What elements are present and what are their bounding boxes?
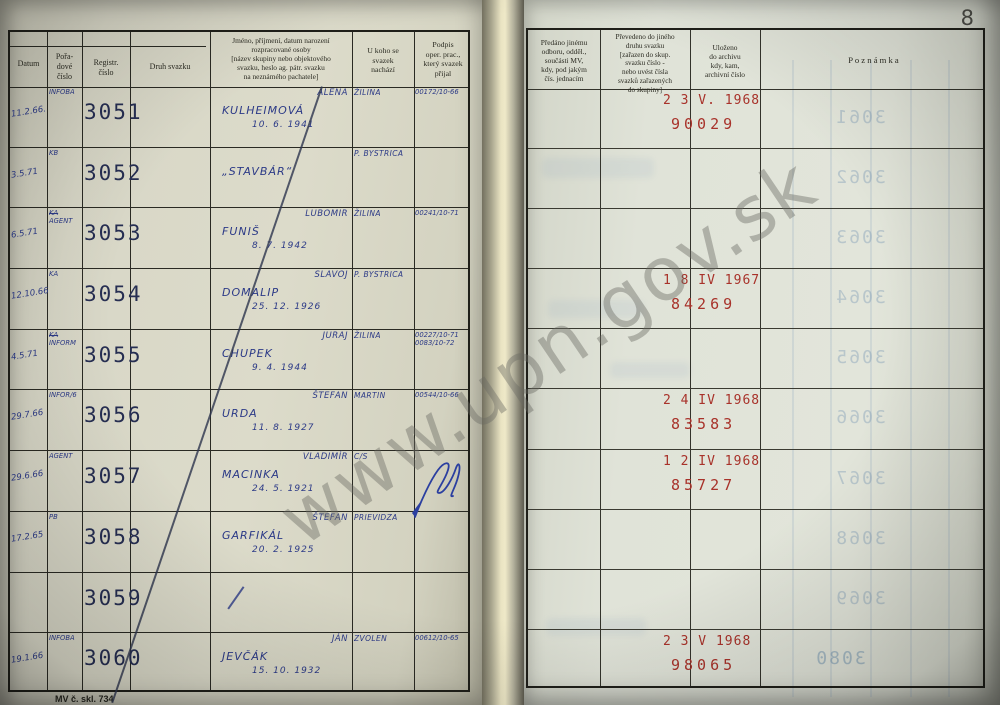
book-gutter (482, 0, 524, 705)
cell-first-name: ŠTEFAN (214, 391, 348, 401)
cell-datum: 17.2.65 (10, 529, 47, 545)
registry-row: 11.2.66.INFOBA3051ALENAKULHEIMOVÁ10. 6. … (10, 87, 468, 148)
cell-datum: 29.6.66 (10, 468, 47, 484)
cell-oper-ref: 00172/10-66 (415, 88, 471, 96)
registry-row: 12.10.66KA3054SLAVOJDOMALIP25. 12. 1926P… (10, 269, 468, 330)
cell-registr-number: 3051 (84, 100, 130, 124)
col-header-jmeno: Jméno, příjmení, datum narození rozpraco… (210, 36, 352, 81)
cell-datum: 3.5.71 (10, 165, 47, 181)
registry-row-right: 3063 (528, 209, 983, 269)
cell-holder: P. BYSTRICA (354, 149, 412, 158)
cell-surname: JEVČÁK (222, 650, 268, 663)
cell-poradove-note: AGENT (49, 453, 83, 461)
bleedthrough-number: 3080 (798, 648, 882, 669)
cell-datum: 19.1.66 (10, 650, 47, 666)
cell-datum: 4.5.71 (10, 347, 47, 363)
right-table-rows: 2 3 V. 1968900293061306230631 8 IV 19678… (528, 89, 983, 686)
col-header-podpis: Podpis oper. prac., který svazek přijal (414, 40, 472, 78)
registry-row: 29.7.66INFOR/63056ŠTEFANURDA11. 8. 1927M… (10, 390, 468, 451)
cell-poradove-note: INFOBA (49, 635, 83, 643)
cell-birthdate: 8. 7. 1942 (252, 241, 308, 251)
registry-row: 3059 (10, 573, 468, 634)
cell-oper-ref: 00227/10-71 0083/10-72 (415, 331, 471, 347)
cell-surname: KULHEIMOVÁ (222, 104, 304, 117)
cell-registr-number: 3056 (84, 403, 130, 427)
cell-datum: 29.7.66 (10, 408, 47, 424)
header-inset-line (10, 46, 206, 47)
cell-first-name: LUBOMIR (214, 209, 348, 219)
archive-stamp: 2 3 V 196898065 (663, 634, 783, 674)
cell-datum: 6.5.71 (10, 226, 47, 242)
col-header-druh: Druh svazku (130, 62, 210, 72)
archive-stamp-number: 90029 (663, 115, 783, 133)
cell-holder: C/S (354, 452, 412, 461)
page-number: 8 (961, 6, 974, 30)
form-code: MV č. skl. 734 (55, 694, 114, 704)
col-header-registr: Registr. číslo (82, 58, 130, 78)
archive-stamp-number: 85727 (663, 476, 783, 494)
registry-row: 3.5.71KB3052„STAVBÁR“P. BYSTRICA (10, 148, 468, 209)
col-header-poznamka: P o z n á m k a (760, 55, 987, 65)
oper-signature (408, 439, 466, 525)
cell-registr-number: 3057 (84, 464, 130, 488)
bleedthrough-number: 3069 (818, 588, 902, 609)
bleedthrough-number: 3065 (818, 347, 902, 368)
archive-stamp-date: 2 3 V 1968 (663, 634, 783, 649)
cell-poradove-note: KB (49, 150, 83, 158)
cell-poradove-note: INFOBA (49, 89, 83, 97)
cell-first-name: ALENA (214, 88, 348, 98)
registry-row: 17.2.65PB3058ŠTEFANGARFIKÁL20. 2. 1925PR… (10, 512, 468, 573)
archive-stamp-number: 98065 (663, 656, 783, 674)
cell-surname: MACINKA (222, 468, 280, 481)
bleedthrough-number: 3064 (818, 287, 902, 308)
cell-surname: FUNIŠ (222, 225, 260, 238)
registry-row-right: 3065 (528, 329, 983, 389)
cell-first-name: SLAVOJ (214, 270, 348, 280)
cell-birthdate: 20. 2. 1925 (252, 545, 315, 555)
registry-row-right: 2 3 V 1968980653080 (528, 630, 983, 690)
archive-stamp-date: 1 2 IV 1968 (663, 454, 783, 469)
archive-stamp-number: 84269 (663, 295, 783, 313)
bleedthrough-number: 3061 (818, 107, 902, 128)
col-header-predano: Předáno jinému odboru, odděl., součásti … (528, 38, 600, 83)
cell-registr-number: 3055 (84, 343, 130, 367)
cell-birthdate: 11. 8. 1927 (252, 423, 315, 433)
archive-stamp: 2 4 IV 196883583 (663, 393, 783, 433)
bleedthrough-number: 3063 (818, 227, 902, 248)
registry-row-right: 1 8 IV 1967842693064 (528, 269, 983, 329)
registry-row-right: 1 2 IV 1968857273067 (528, 450, 983, 510)
cell-oper-ref: 00241/10-71 (415, 209, 471, 217)
cell-poradove-note: KA (49, 271, 83, 279)
cell-birthdate: 10. 6. 1941 (252, 120, 315, 130)
cell-registr-number: 3059 (84, 586, 130, 610)
col-header-prevedeno: Převedeno do jiného druhu svazku [zařaze… (600, 33, 690, 94)
col-header-datum: Datum (10, 59, 47, 69)
registry-row-right: 3068 (528, 510, 983, 570)
col-header-poradove: Pořa- dové číslo (47, 52, 82, 81)
scanned-registry-spread: Datum Pořa- dové číslo Registr. číslo Dr… (0, 0, 1000, 705)
cell-oper-ref: 00544/10-66 (415, 391, 471, 399)
archive-stamp-date: 2 4 IV 1968 (663, 393, 783, 408)
cell-oper-ref: 00612/10-65 (415, 634, 471, 642)
archive-stamp-date: 2 3 V. 1968 (663, 93, 783, 108)
registry-row-right: 2 4 IV 1968835833066 (528, 389, 983, 449)
left-page: Datum Pořa- dové číslo Registr. číslo Dr… (0, 0, 482, 705)
cell-holder: P. BYSTRICA (354, 270, 412, 279)
cell-first-name: JÁN (214, 634, 348, 644)
cell-datum: 11.2.66. (10, 104, 47, 120)
cell-birthdate: 9. 4. 1944 (252, 363, 308, 373)
registry-row: 29.6.66AGENT3057VLADIMÍRMACINKA24. 5. 19… (10, 451, 468, 512)
cell-birthdate: 25. 12. 1926 (252, 302, 321, 312)
cell-surname: URDA (222, 407, 258, 420)
right-table: Předáno jinému odboru, odděl., součásti … (526, 28, 985, 688)
cell-datum: 12.10.66 (10, 286, 47, 302)
registry-row: 4.5.71KAINFORM3055JURAJCHUPEK9. 4. 1944Ž… (10, 330, 468, 391)
registry-row-right: 3062 (528, 149, 983, 209)
cell-poradove-note: PB (49, 514, 83, 522)
col-header-ukoho: U koho se svazek nachází (352, 46, 414, 75)
cell-registr-number: 3058 (84, 525, 130, 549)
left-table-rows: 11.2.66.INFOBA3051ALENAKULHEIMOVÁ10. 6. … (10, 87, 468, 690)
archive-stamp: 1 2 IV 196885727 (663, 454, 783, 494)
cell-registr-number: 3052 (84, 161, 130, 185)
archive-stamp-date: 1 8 IV 1967 (663, 273, 783, 288)
archive-stamp: 2 3 V. 196890029 (663, 93, 783, 133)
registry-row: 6.5.71KAAGENT3053LUBOMIRFUNIŠ8. 7. 1942Ž… (10, 208, 468, 269)
bleedthrough-number: 3066 (818, 407, 902, 428)
cell-holder: ŽILINA (354, 88, 412, 97)
cell-poradove-note: KAAGENT (49, 210, 83, 226)
cell-holder: ZVOLEN (354, 634, 412, 643)
cell-birthdate: 15. 10. 1932 (252, 666, 321, 676)
cell-holder: PRIEVIDZA (354, 513, 412, 522)
cell-poradove-note: INFOR/6 (49, 392, 83, 400)
registry-row: 19.1.66INFOBA3060JÁNJEVČÁK15. 10. 1932ZV… (10, 633, 468, 694)
cell-first-name: VLADIMÍR (214, 452, 348, 462)
col-header-ulozeno: Uloženo do archivu kdy, kam, archivní čí… (690, 43, 760, 79)
registry-row-right: 2 3 V. 1968900293061 (528, 89, 983, 149)
bleedthrough-number: 3062 (818, 167, 902, 188)
bleedthrough-number: 3068 (818, 528, 902, 549)
cell-registr-number: 3053 (84, 221, 130, 245)
archive-stamp-number: 83583 (663, 415, 783, 433)
cell-holder: MARTIN (354, 391, 412, 400)
bleedthrough-number: 3067 (818, 468, 902, 489)
archive-stamp: 1 8 IV 196784269 (663, 273, 783, 313)
struck-note: KA (49, 210, 83, 218)
cell-registr-number: 3054 (84, 282, 130, 306)
cell-surname: GARFIKÁL (222, 529, 284, 542)
cell-surname: „STAVBÁR“ (222, 165, 292, 178)
cell-holder: ŽILINA (354, 209, 412, 218)
cell-poradove-note: KAINFORM (49, 332, 83, 348)
cell-first-name: ŠTEFAN (214, 513, 348, 523)
registry-row-right: 3069 (528, 570, 983, 630)
struck-note: KA (49, 332, 83, 340)
cell-holder: ŽILINA (354, 331, 412, 340)
cell-birthdate: 24. 5. 1921 (252, 484, 315, 494)
